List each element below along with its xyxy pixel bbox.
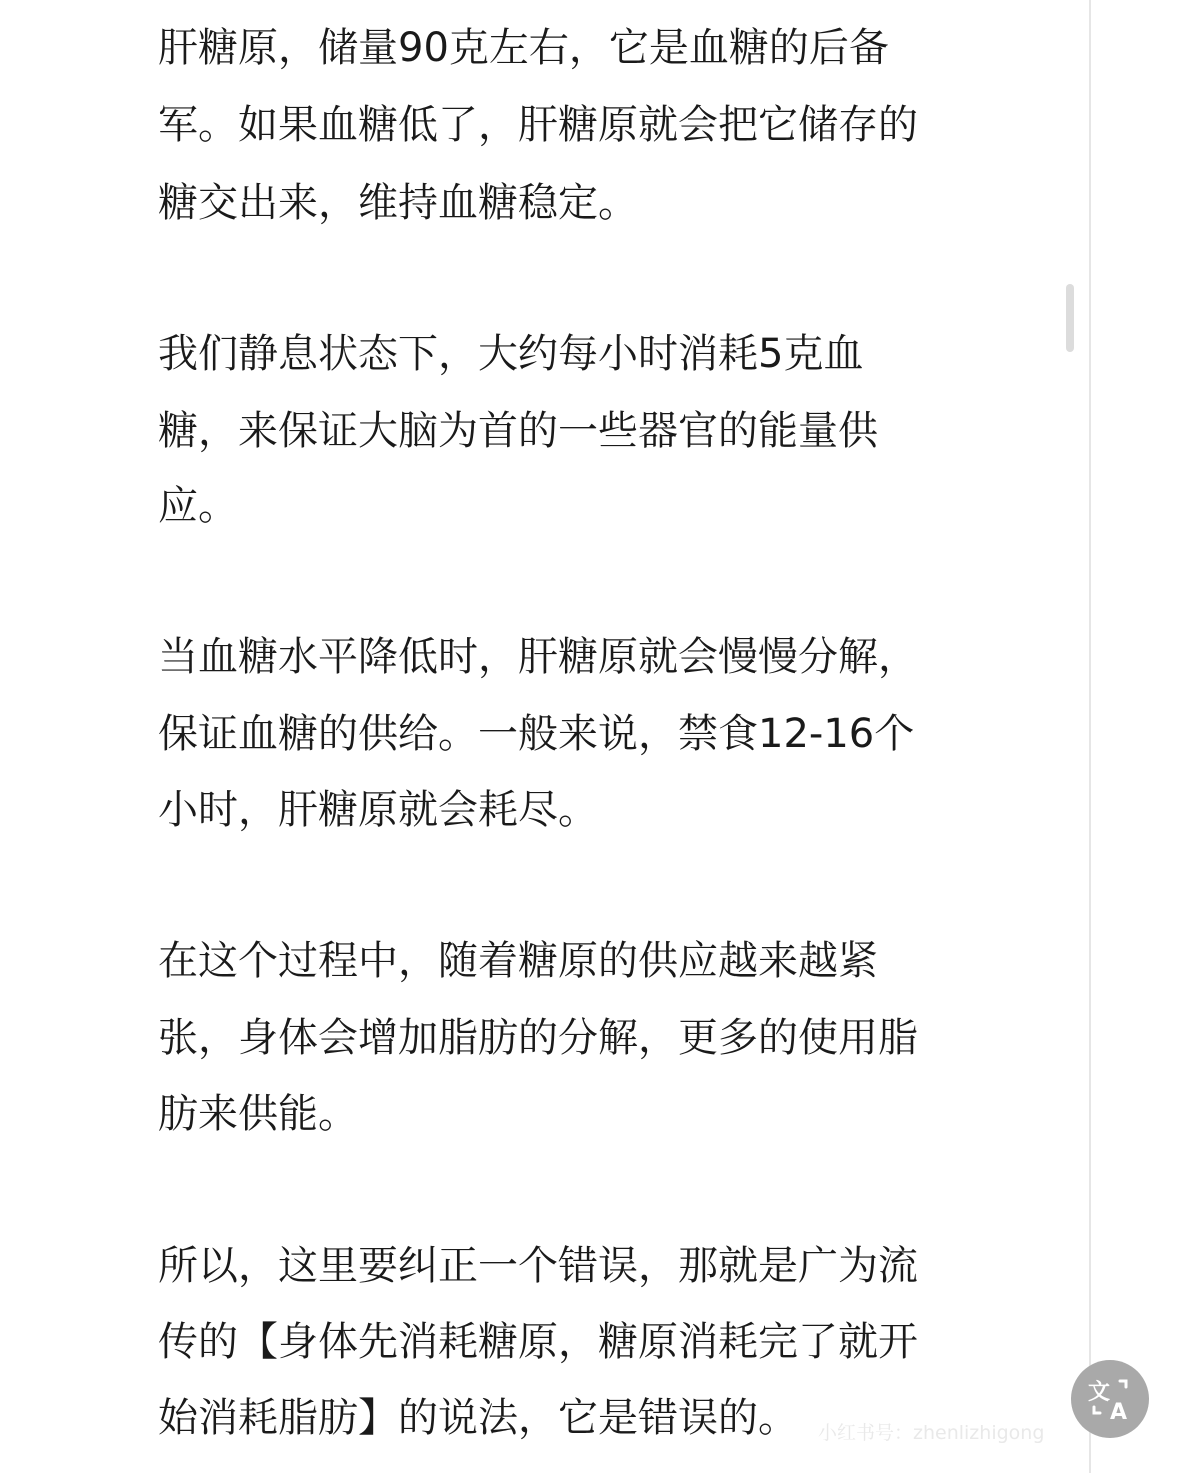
text-line: 传的【身体先消耗糖原，糖原消耗完了就开 [158,1312,918,1372]
text-line: 张，身体会增加脂肪的分解，更多的使用脂 [158,1008,918,1068]
scrollbar-thumb[interactable] [1066,284,1074,352]
svg-text:A: A [1110,1400,1127,1423]
text-line: 小时，肝糖原就会耗尽。 [158,780,598,840]
text-line: 保证血糖的供给。一般来说，禁食12-16个 [158,704,914,764]
text-line: 我们静息状态下，大约每小时消耗5克血 [158,324,863,384]
text-line: 军。如果血糖低了，肝糖原就会把它储存的 [158,95,918,155]
text-line: 在这个过程中，随着糖原的供应越来越紧 [158,931,878,991]
svg-text:文: 文 [1088,1380,1110,1405]
text-line: 糖，来保证大脑为首的一些器官的能量供 [158,401,878,461]
text-line: 肝糖原，储量90克左右，它是血糖的后备 [158,18,889,78]
watermark: 小红书号：zhenlizhigong [818,1418,1044,1445]
text-line: 当血糖水平降低时，肝糖原就会慢慢分解， [158,627,918,687]
text-line: 所以，这里要纠正一个错误，那就是广为流 [158,1236,918,1296]
text-line: 始消耗脂肪】的说法，它是错误的。 [158,1388,798,1448]
divider [1089,0,1091,1473]
text-line: 糖交出来，维持血糖稳定。 [158,173,638,233]
text-line: 肪来供能。 [158,1084,358,1144]
article-body: 肝糖原，储量90克左右，它是血糖的后备 军。如果血糖低了，肝糖原就会把它储存的 … [0,0,1090,1473]
translate-icon: 文 A [1086,1375,1134,1423]
translate-button[interactable]: 文 A [1071,1360,1149,1438]
text-line: 应。 [158,476,238,536]
